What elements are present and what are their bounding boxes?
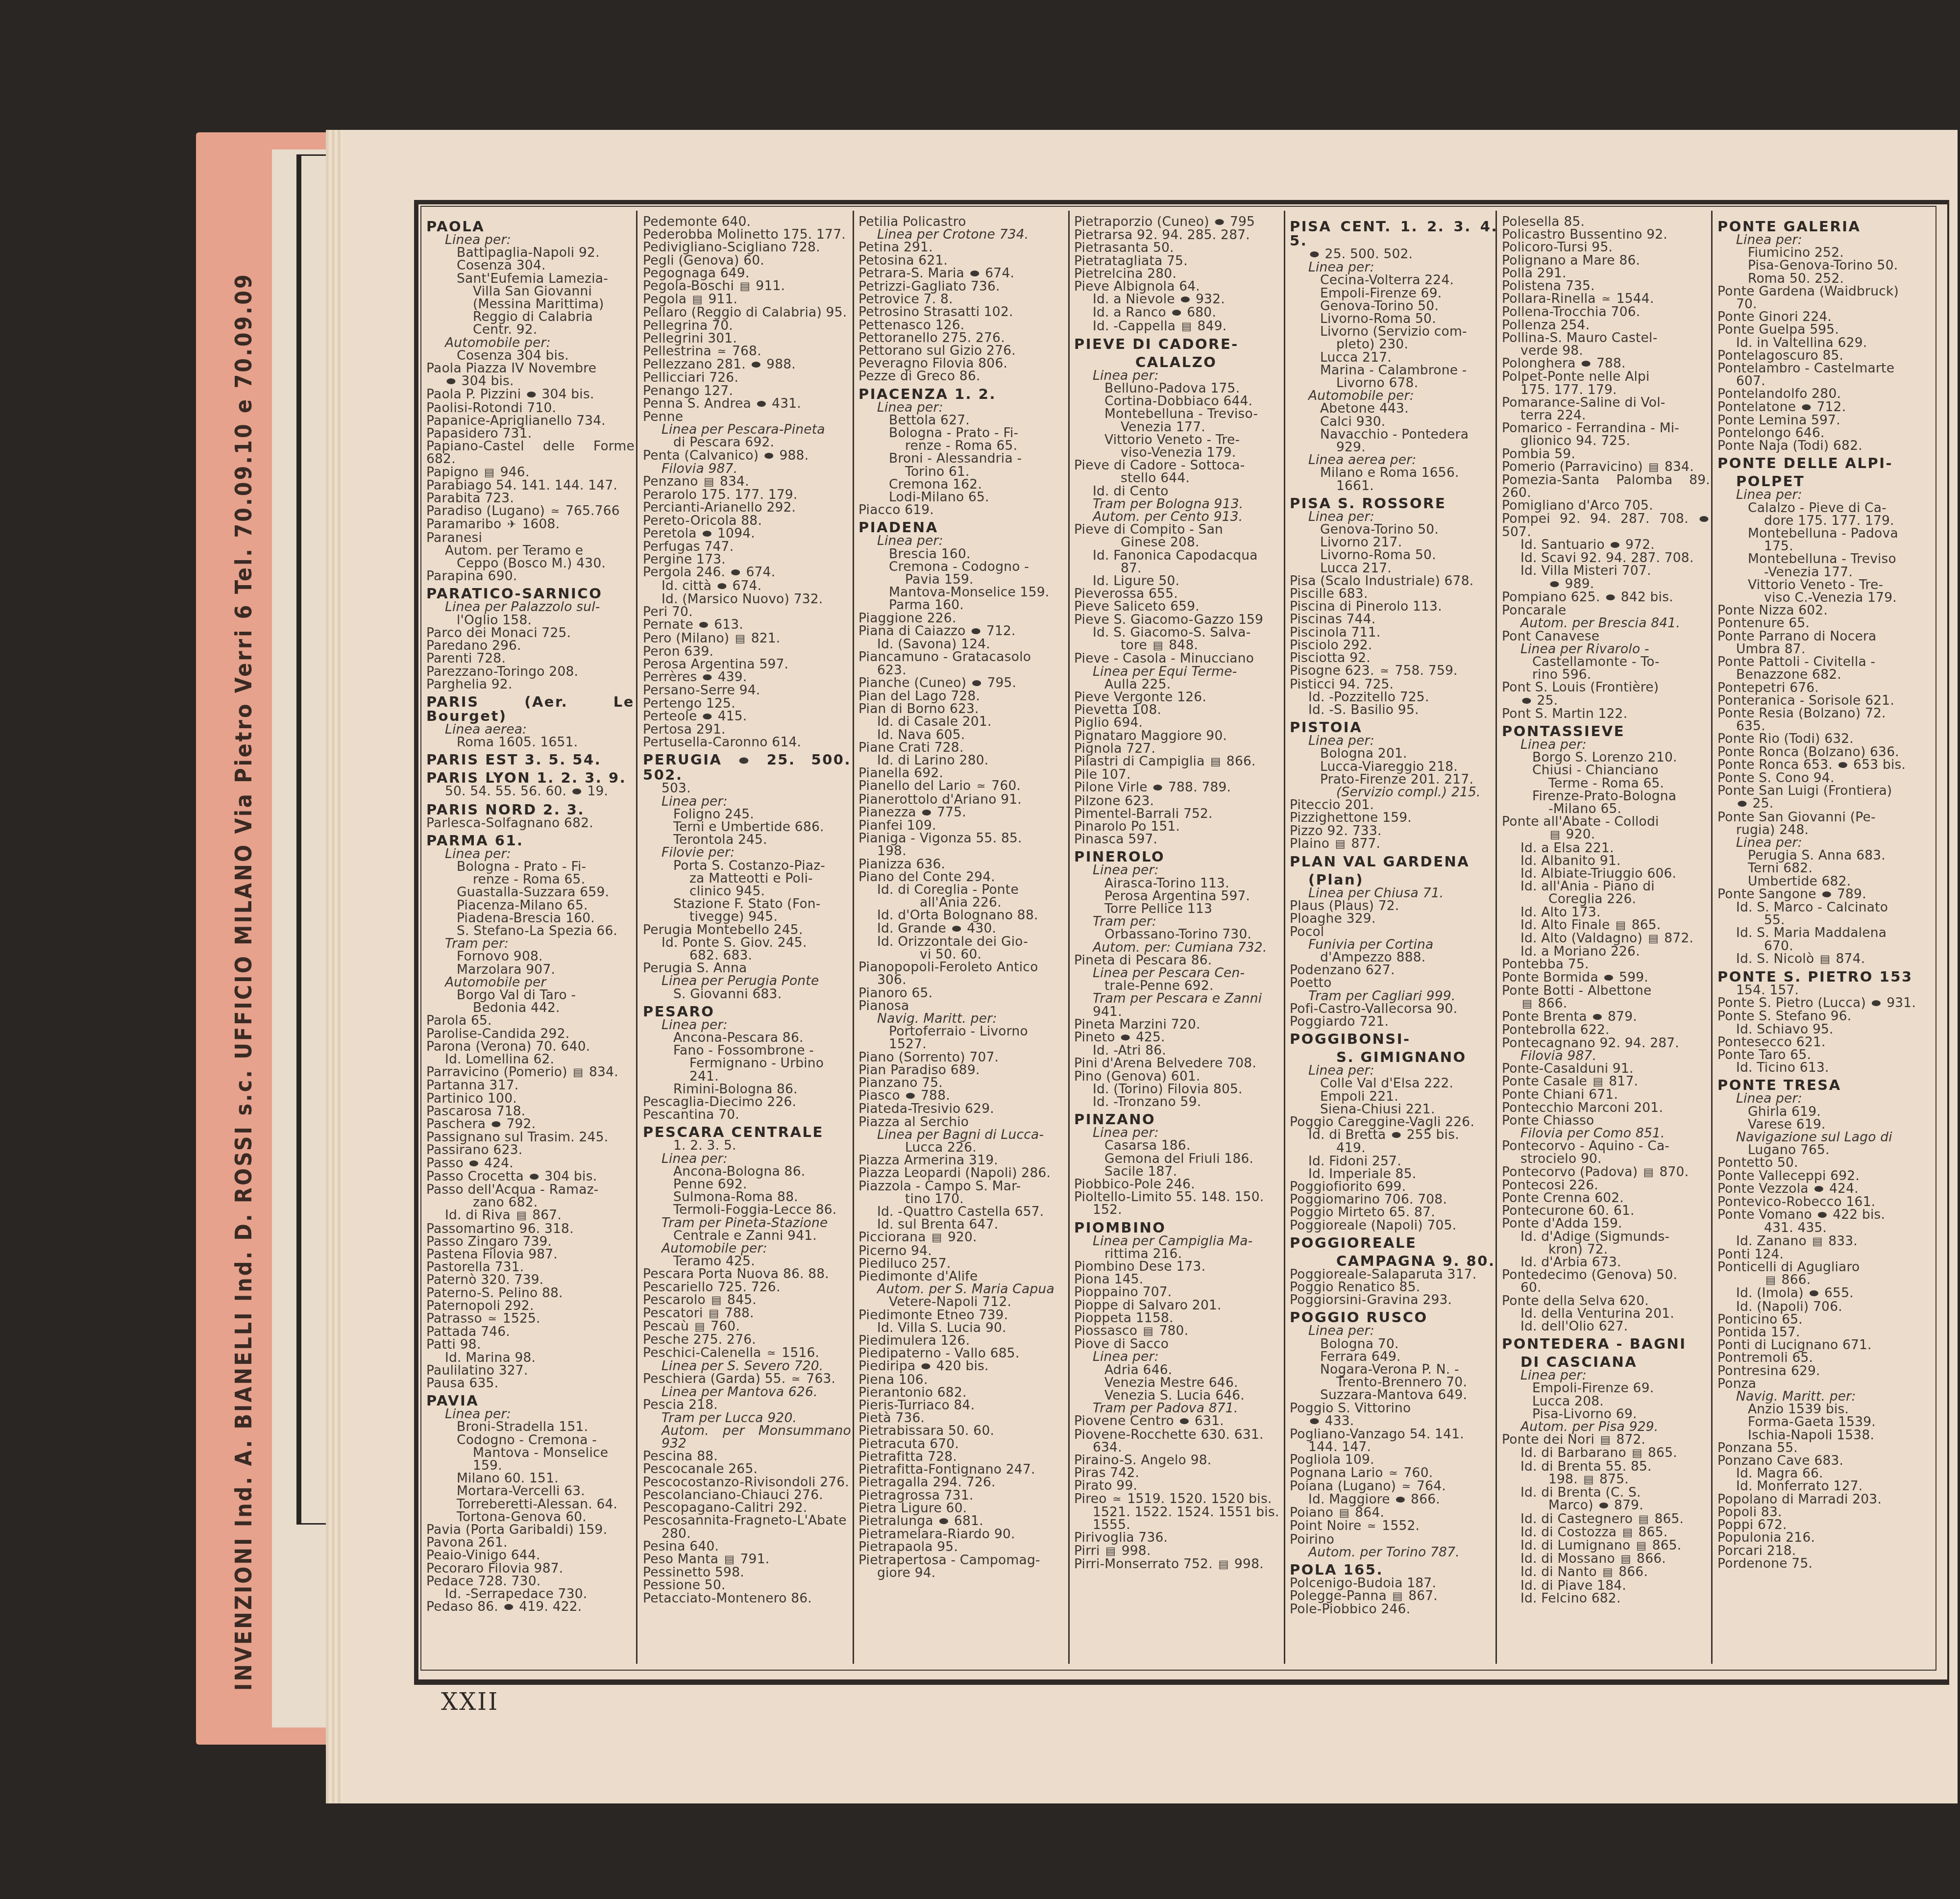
index-entry: Patrasso ≃ 1525.	[426, 1312, 635, 1326]
index-entry: Milano e Roma 1656.	[1290, 467, 1498, 479]
index-entry: Ponte Valleceppi 692.	[1717, 1170, 1926, 1183]
index-entry: 431. 435.	[1717, 1222, 1926, 1234]
index-entry: Prato-Firenze 201. 217.	[1290, 773, 1498, 786]
ship-icon: ≃	[1112, 1493, 1122, 1506]
tram-icon: ▤	[1813, 1235, 1823, 1248]
index-entry: Paradiso (Lugano) ≃ 765.766	[426, 505, 635, 518]
index-entry: Id. di Casale 201.	[858, 715, 1067, 728]
index-entry: Ploaghe 329.	[1290, 913, 1498, 925]
bus-icon: ⬬	[717, 580, 727, 593]
index-entry: Venezia 177.	[1074, 421, 1282, 434]
index-entry: Petina 291.	[858, 241, 1067, 254]
index-entry: Ponte Chiani 671.	[1502, 1088, 1710, 1101]
index-entry: Airasca-Torino 113.	[1074, 877, 1282, 890]
index-entry: Pianerottolo d'Ariano 91.	[858, 793, 1067, 806]
index-entry: Poetto	[1290, 977, 1498, 989]
index-heading: CAMPAGNA 9. 80.	[1290, 1254, 1498, 1268]
index-entry: Pescocanale 265.	[643, 1463, 851, 1476]
index-entry: ⬬ 433.	[1290, 1415, 1498, 1428]
tram-icon: ▤	[1820, 953, 1830, 966]
index-entry: Pilzone 623.	[1074, 795, 1282, 808]
index-column-3: Petilia PolicastroLinea per Crotone 734.…	[858, 216, 1067, 1579]
index-sublabel: Tram per Cagliari 999.	[1290, 990, 1498, 1003]
index-entry: Piovene-Rocchette 630. 631.	[1074, 1429, 1282, 1441]
index-entry: Pont S. Louis (Frontière)	[1502, 681, 1710, 694]
bus-icon: ⬬	[757, 398, 766, 411]
index-sublabel: Linea per:	[858, 401, 1067, 414]
index-sublabel: Filovie per:	[643, 846, 851, 859]
index-entry: Point Noire ≃ 1552.	[1290, 1520, 1498, 1533]
index-entry: Id. Schiavo 95.	[1717, 1023, 1926, 1036]
index-entry: tore ▤ 848.	[1074, 639, 1282, 652]
index-entry: Poggio S. Vittorino	[1290, 1402, 1498, 1415]
index-entry: Piaggione 226.	[858, 612, 1067, 625]
bus-icon: ⬬	[1606, 592, 1615, 604]
index-entry: Polonghera ⬬ 788.	[1502, 357, 1710, 370]
index-entry: Coreglia 226.	[1502, 893, 1710, 906]
bus-icon: ⬬	[1604, 972, 1613, 985]
index-entry: Id. di Costozza ▤ 865.	[1502, 1526, 1710, 1539]
index-entry: Pietrapaola 95.	[858, 1541, 1067, 1554]
index-entry: Porcari 218.	[1717, 1545, 1926, 1557]
index-entry: Peron 639.	[643, 645, 851, 658]
index-entry: Pessione 50.	[643, 1579, 851, 1592]
bus-icon: ⬬	[504, 1601, 514, 1614]
index-column-4: Pietraporzio (Cuneo) ⬬ 795Pietrarsa 92. …	[1074, 216, 1282, 1571]
index-sublabel: Linea per:	[1290, 1325, 1498, 1337]
index-entry: Paolisi-Rotondi 710.	[426, 402, 635, 415]
ship-icon: ≃	[1389, 1467, 1398, 1480]
index-entry: Pognana Lario ≃ 760.	[1290, 1467, 1498, 1480]
index-entry: Pietrapertosa - Campomag-	[858, 1554, 1067, 1567]
column-divider	[1711, 211, 1713, 1664]
column-divider	[1284, 211, 1285, 1664]
index-heading: PONTE S. PIETRO 153	[1717, 970, 1926, 984]
index-sublabel: Linea per:	[1717, 1092, 1926, 1105]
index-heading: (Plan)	[1290, 873, 1498, 887]
index-entry: Piana di Caiazzo ⬬ 712.	[858, 625, 1067, 638]
index-entry: Pellezzano 281. ⬬ 988.	[643, 358, 851, 371]
index-entry: Pirivoglia 736.	[1074, 1531, 1282, 1544]
index-entry: Ponteranica - Sorisole 621.	[1717, 694, 1926, 707]
index-entry: 198. ▤ 875.	[1502, 1473, 1710, 1486]
index-entry: Pergola 246. ⬬ 674.	[643, 566, 851, 579]
index-entry: tivegge) 945.	[643, 911, 851, 923]
index-entry: Id. di Lumignano ▤ 865.	[1502, 1539, 1710, 1553]
index-entry: Broni - Alessandria -	[858, 452, 1067, 465]
index-entry: Id. di Castegnero ▤ 865.	[1502, 1513, 1710, 1526]
index-entry: Parezzano-Toringo 208.	[426, 666, 635, 678]
index-entry: Pecoraro Filovia 987.	[426, 1562, 635, 1575]
index-entry: Pescara Porta Nuova 86. 88.	[643, 1268, 851, 1281]
index-entry: Lucca-Viareggio 218.	[1290, 761, 1498, 773]
index-entry: ▤ 920.	[1502, 828, 1710, 841]
tram-icon: ▤	[1622, 1527, 1633, 1539]
index-entry: Torino 61.	[858, 466, 1067, 478]
index-entry: Ponte Guelpa 595.	[1717, 323, 1926, 336]
index-entry: Pisa-Genova-Torino 50.	[1717, 259, 1926, 272]
index-entry: Cosenza 304.	[426, 259, 635, 272]
index-column-2: Pedemonte 640.Pederobba Molinetto 175. 1…	[643, 216, 851, 1605]
index-entry: stello 644.	[1074, 472, 1282, 485]
index-entry: Navacchio - Pontedera	[1290, 428, 1498, 441]
index-entry: Pilastri di Campiglia ▤ 866.	[1074, 755, 1282, 768]
index-entry: Empoli-Firenze 69.	[1502, 1382, 1710, 1395]
index-entry: Calci 930.	[1290, 416, 1498, 428]
index-entry: 306.	[858, 974, 1067, 986]
index-entry: Mortara-Vercelli 63.	[426, 1485, 635, 1498]
index-entry: Ponte Bormida ⬬ 599.	[1502, 971, 1710, 985]
bus-icon: ⬬	[1396, 1494, 1405, 1506]
index-entry: 50. 54. 55. 56. 60. ⬬ 19.	[426, 785, 635, 798]
index-entry: Pontebrolla 622.	[1502, 1024, 1710, 1036]
index-entry: Penna S. Andrea ⬬ 431.	[643, 397, 851, 411]
index-entry: Pezze di Greco 86.	[858, 370, 1067, 383]
index-entry: Fornovo 908.	[426, 950, 635, 963]
index-heading: PINZANO	[1074, 1112, 1282, 1127]
index-entry: Pizzo 92. 733.	[1290, 825, 1498, 838]
index-entry: 623.	[858, 664, 1067, 677]
index-entry: 1. 2. 3. 5.	[643, 1139, 851, 1152]
index-entry: Calalzo - Pieve di Ca-	[1717, 502, 1926, 515]
index-heading: PIACENZA 1. 2.	[858, 387, 1067, 401]
index-entry: Pesina 640.	[643, 1540, 851, 1553]
tram-icon: ▤	[735, 633, 745, 645]
index-entry: Pirri-Monserrato 752. ▤ 998.	[1074, 1558, 1282, 1571]
index-entry: Popolano di Marradi 203.	[1717, 1493, 1926, 1506]
index-entry: Pescantina 70.	[643, 1109, 851, 1121]
index-entry: Patti 98.	[426, 1338, 635, 1351]
index-entry: Poiano ▤ 864.	[1290, 1506, 1498, 1520]
index-entry: Piazzola - Campo S. Mar-	[858, 1180, 1067, 1193]
column-divider	[853, 211, 854, 1664]
index-entry: Ponte Ronca 653. ⬬ 653 bis.	[1717, 759, 1926, 772]
index-entry: Ponte Sangone ⬬ 789.	[1717, 888, 1926, 901]
index-entry: Id. di Bretta ⬬ 255 bis.	[1290, 1129, 1498, 1142]
index-entry: Codogno - Cremona -	[426, 1434, 635, 1447]
index-entry: Petacciato-Montenero 86.	[643, 1592, 851, 1605]
index-entry: Petosina 621.	[858, 254, 1067, 267]
index-entry: Pilone Virle ⬬ 788. 789.	[1074, 781, 1282, 794]
index-entry: Terme - Roma 65.	[1502, 777, 1710, 790]
index-entry: Picerno 94.	[858, 1245, 1067, 1258]
tram-icon: ▤	[740, 280, 750, 293]
index-entry: Pontelandolfo 280.	[1717, 388, 1926, 400]
index-heading: PARIS LYON 1. 2. 3. 9.	[426, 771, 635, 785]
index-heading: PAVIA	[426, 1394, 635, 1408]
index-entry: Id. di Brenta 55. 85.	[1502, 1460, 1710, 1473]
index-entry: Piasco ⬬ 788.	[858, 1089, 1067, 1103]
index-entry: Pellaro (Reggio di Calabria) 95.	[643, 306, 851, 319]
index-entry: Pordenone 75.	[1717, 1557, 1926, 1570]
index-entry: Parma 160.	[858, 599, 1067, 612]
index-entry: Pisogne 623. ≃ 758. 759.	[1290, 665, 1498, 678]
bus-icon: ⬬	[527, 389, 536, 401]
index-entry: Id. in Valtellina 629.	[1717, 337, 1926, 349]
index-sublabel: Automobile per:	[426, 337, 635, 349]
index-entry: Pescarolo ▤ 845.	[643, 1294, 851, 1307]
tram-icon: ▤	[1181, 321, 1192, 333]
index-entry: Pausa 635.	[426, 1377, 635, 1390]
index-entry: Id. Zanano ▤ 833.	[1717, 1235, 1926, 1248]
index-entry: Paramaribo ✈ 1608.	[426, 518, 635, 531]
index-entry: Piadena-Brescia 160.	[426, 912, 635, 925]
index-sublabel: Autom. per Brescia 841.	[1502, 617, 1710, 630]
index-entry: Ponte Botti - Albettone	[1502, 985, 1710, 997]
index-entry: Pianello del Lario ≃ 760.	[858, 780, 1067, 793]
index-entry: Ponte S. Pietro (Lucca) ⬬ 931.	[1717, 997, 1926, 1010]
index-entry: Pole-Piobbico 246.	[1290, 1603, 1498, 1616]
index-entry: Empoli-Firenze 69.	[1290, 287, 1498, 300]
index-entry: Montebelluna - Treviso	[1717, 553, 1926, 566]
column-divider	[636, 211, 637, 1664]
index-entry: Pontebba 75.	[1502, 958, 1710, 971]
index-entry: -Venezia 177.	[1717, 566, 1926, 579]
index-entry: Polpet-Ponte nelle Alpi	[1502, 370, 1710, 383]
index-heading: PARMA 61.	[426, 834, 635, 848]
index-entry: Pompiano 625. ⬬ 842 bis.	[1502, 591, 1710, 604]
index-entry: pleto) 230.	[1290, 338, 1498, 351]
index-entry: Id. di Barbarano ▤ 865.	[1502, 1447, 1710, 1460]
index-entry: Pocol	[1290, 926, 1498, 938]
index-heading: PONTEDERA - BAGNI	[1502, 1337, 1710, 1351]
index-entry: Perrères ⬬ 439.	[643, 671, 851, 684]
index-entry: Pollara-Rinella ≃ 1544.	[1502, 293, 1710, 306]
index-sublabel: Linea per:	[858, 535, 1067, 547]
index-entry: Adria 646.	[1074, 1364, 1282, 1377]
index-entry: Id. di Nanto ▤ 866.	[1502, 1566, 1710, 1579]
index-entry: Paranesi	[426, 532, 635, 544]
index-entry: Parapina 690.	[426, 570, 635, 583]
index-entry: Id. Marina 98.	[426, 1352, 635, 1364]
index-entry: Picciorana ▤ 920.	[858, 1231, 1067, 1244]
tram-icon: ▤	[1603, 1566, 1613, 1579]
index-entry: Piossasco ▤ 780.	[1074, 1325, 1282, 1338]
index-column-1: PAOLALinea per:Battipaglia-Napoli 92.Cos…	[426, 216, 635, 1614]
index-entry: Broni-Stradella 151.	[426, 1421, 635, 1433]
index-entry: Pontelatone ⬬ 712.	[1717, 401, 1926, 414]
index-entry: Pollena-Trocchia 706.	[1502, 306, 1710, 319]
index-column-5: PISA CENT. 1. 2. 3. 4. 5.⬬ 25. 500. 502.…	[1290, 216, 1498, 1616]
index-entry: Poggiardo 721.	[1290, 1015, 1498, 1028]
index-entry: Id. Alto (Valdagno) ▤ 872.	[1502, 932, 1710, 945]
index-entry: Id. d'Orta Bolognano 88.	[858, 909, 1067, 922]
index-entry: Parola 65.	[426, 1014, 635, 1027]
index-entry: Polegge-Panna ▤ 867.	[1290, 1590, 1498, 1603]
index-entry: Pietratagliata 75.	[1074, 255, 1282, 268]
index-entry: Id. Ticino 613.	[1717, 1061, 1926, 1074]
index-entry: Pianizza 636.	[858, 858, 1067, 871]
index-entry: 280.	[643, 1528, 851, 1540]
bus-icon: ⬬	[469, 1158, 478, 1170]
index-entry: strocielo 90.	[1502, 1153, 1710, 1165]
index-entry: Fermignano - Urbino	[643, 1057, 851, 1070]
background-shadow	[326, 1803, 1960, 1899]
index-entry: Ghirla 619.	[1717, 1106, 1926, 1118]
index-heading: PESCARA CENTRALE	[643, 1125, 851, 1139]
index-entry: Peschici-Calenella ≃ 1516.	[643, 1347, 851, 1360]
tram-icon: ▤	[931, 1232, 942, 1244]
index-heading: PARIS NORD 2. 3.	[426, 803, 635, 817]
index-sublabel: Linea per:	[1717, 489, 1926, 501]
index-entry: Ponte Parrano di Nocera	[1717, 630, 1926, 643]
bus-icon: ⬬	[1599, 1500, 1608, 1512]
index-entry: Pontenure 65.	[1717, 617, 1926, 630]
index-entry: ⬬ 25. 500. 502.	[1290, 248, 1498, 261]
index-entry: Id. Santuario ⬬ 972.	[1502, 539, 1710, 552]
index-entry: Orbassano-Torino 730.	[1074, 928, 1282, 941]
bus-icon: ⬬	[1872, 997, 1881, 1010]
index-sublabel: Linea per:	[643, 1153, 851, 1165]
index-sublabel: Linea per:	[1074, 1351, 1282, 1363]
index-sublabel: Tram per Pineta-Stazione	[643, 1217, 851, 1230]
index-entry: Brescia 160.	[858, 548, 1067, 561]
index-entry: Pieve Saliceto 659.	[1074, 600, 1282, 613]
index-entry: 1661.	[1290, 480, 1498, 493]
index-entry: Id. città ⬬ 674.	[643, 580, 851, 593]
index-entry: Pisticci 94. 725.	[1290, 678, 1498, 691]
bus-icon: ⬬	[1699, 513, 1709, 526]
index-entry: Pero (Milano) ▤ 821.	[643, 632, 851, 645]
index-entry: Pernate ⬬ 613.	[643, 618, 851, 632]
tram-icon: ▤	[1639, 1513, 1649, 1526]
plane-icon: ✈	[507, 518, 516, 531]
index-heading: PARIS (Aer. Le Bourget)	[426, 695, 635, 723]
index-heading: POLA 165.	[1290, 1563, 1498, 1577]
index-entry: Id. di Riva ▤ 867.	[426, 1209, 635, 1222]
index-entry: Id. di Piave 184.	[1502, 1579, 1710, 1592]
bus-icon: ⬬	[731, 567, 740, 579]
index-entry: Id. S. Nicolò ▤ 874.	[1717, 953, 1926, 966]
index-heading: PIOMBINO	[1074, 1221, 1282, 1235]
index-entry: Pont Canavese	[1502, 630, 1710, 643]
index-sublabel: Linea per Palazzolo sul-	[426, 601, 635, 614]
index-entry: Pietrasanta 50.	[1074, 242, 1282, 254]
index-entry: Bologna 70.	[1290, 1338, 1498, 1351]
index-entry: glionico 94. 725.	[1502, 435, 1710, 447]
index-sublabel: Linea per Equi Terme-	[1074, 666, 1282, 678]
index-entry: Id. Nava 605.	[858, 729, 1067, 741]
tram-icon: ▤	[1218, 1558, 1228, 1571]
index-heading: PONTE DELLE ALPI-	[1717, 456, 1926, 470]
tram-icon: ▤	[1550, 829, 1560, 841]
index-entry: Mantova - Monselice	[426, 1447, 635, 1459]
index-entry: Passomartino 96. 318.	[426, 1223, 635, 1235]
index-entry: Parolise-Candida 292.	[426, 1028, 635, 1040]
ship-icon: ≃	[767, 1347, 776, 1360]
index-entry: Pegola ▤ 911.	[643, 293, 851, 306]
index-entry: Suzzara-Mantova 649.	[1290, 1389, 1498, 1402]
index-entry: Ponte d'Adda 159.	[1502, 1217, 1710, 1230]
tram-icon: ▤	[1105, 1545, 1116, 1558]
index-entry: Poiana (Lugano) ≃ 764.	[1290, 1480, 1498, 1493]
index-entry: Piateda-Tresivio 629.	[858, 1103, 1067, 1115]
index-heading: PARATICO-SARNICO	[426, 587, 635, 601]
index-sublabel: Autom. per: Cumiana 732.	[1074, 941, 1282, 954]
index-entry: Policoro-Tursi 95.	[1502, 241, 1710, 254]
index-entry: Poggioreale (Napoli) 705.	[1290, 1219, 1498, 1232]
index-sublabel: Linea per Perugia Ponte	[643, 975, 851, 987]
index-entry: Ponte Naja (Todi) 682.	[1717, 440, 1926, 452]
index-entry: 241.	[643, 1070, 851, 1083]
index-entry: Id. S. Marco - Calcinato	[1717, 901, 1926, 914]
index-entry: Populonia 216.	[1717, 1531, 1926, 1544]
index-entry: Pieve - Casola - Minucciano	[1074, 652, 1282, 665]
index-entry: Passirano 623.	[426, 1144, 635, 1157]
index-entry: Id. -Tronzano 59.	[1074, 1096, 1282, 1109]
index-entry: Ponte Rio (Todi) 632.	[1717, 733, 1926, 745]
spine-label: INVENZIONI Ind. A. BIANELLI Ind. D. ROSS…	[230, 272, 257, 1691]
index-entry: Persano-Serre 94.	[643, 684, 851, 697]
index-entry: Id. a Nievole ⬬ 932.	[1074, 293, 1282, 306]
index-entry: 670.	[1717, 940, 1926, 953]
bus-icon: ⬬	[572, 786, 582, 798]
index-entry: Id. Alto 173.	[1502, 906, 1710, 919]
index-entry: Ponte all'Abate - Collodi	[1502, 815, 1710, 828]
index-entry: Forma-Gaeta 1539.	[1717, 1416, 1926, 1429]
index-entry: Id. (Napoli) 706.	[1717, 1301, 1926, 1313]
index-entry: Pescaù ▤ 760.	[643, 1320, 851, 1333]
index-entry: Id. di Brenta (C. S.	[1502, 1486, 1710, 1499]
index-entry: Termoli-Foggia-Lecce 86.	[643, 1204, 851, 1216]
index-heading: PIADENA	[858, 520, 1067, 535]
index-entry: Bologna 201.	[1290, 747, 1498, 760]
ship-icon: ≃	[1380, 665, 1389, 678]
index-entry: Pietra Ligure 60.	[858, 1502, 1067, 1515]
index-heading: PONTE TRESA	[1717, 1078, 1926, 1092]
bus-icon: ⬬	[764, 450, 774, 463]
index-entry: Pollenza 254.	[1502, 319, 1710, 332]
index-entry: 60.	[1502, 1282, 1710, 1294]
index-entry: Pescariello 725. 726.	[643, 1281, 851, 1294]
index-entry: Id. Fidoni 257.	[1290, 1155, 1498, 1168]
index-entry: Passo ⬬ 424.	[426, 1157, 635, 1170]
index-entry: Pieve S. Giacomo-Gazzo 159	[1074, 614, 1282, 626]
index-entry: Abetone 443.	[1290, 402, 1498, 415]
index-entry: Id. di Mossano ▤ 866.	[1502, 1553, 1710, 1566]
index-entry: Pianche (Cuneo) ⬬ 795.	[858, 677, 1067, 690]
index-entry: Piacenza-Milano 65.	[426, 899, 635, 912]
index-entry: Parghelia 92.	[426, 678, 635, 691]
index-entry: Pegola-Boschi ▤ 911.	[643, 280, 851, 293]
index-entry: Pietraporzio (Cuneo) ⬬ 795	[1074, 216, 1282, 229]
index-entry: Chiusi - Chianciano	[1502, 764, 1710, 777]
index-entry: Livorno-Roma 50.	[1290, 549, 1498, 562]
index-entry: Pireo ≃ 1519. 1520. 1520 bis.	[1074, 1493, 1282, 1506]
index-entry: Id. -Pozzitello 725.	[1290, 691, 1498, 704]
index-entry: Papiano-Castel delle Forme 682.	[426, 440, 635, 466]
bus-icon: ⬬	[1392, 1129, 1401, 1142]
index-entry: Perteole ⬬ 415.	[643, 710, 851, 723]
index-entry: Paterno-S. Pelino 88.	[426, 1287, 635, 1300]
index-heading: PIEVE DI CADORE-	[1074, 337, 1282, 351]
index-entry: Pompei 92. 94. 287. 708. ⬬ 507.	[1502, 513, 1710, 539]
index-entry: Sant'Eufemia Lamezia-	[426, 272, 635, 285]
index-entry: Peso Manta ▤ 791.	[643, 1553, 851, 1566]
index-entry: Id. (Imola) ⬬ 655.	[1717, 1287, 1926, 1300]
index-entry: Id. di Cento	[1074, 485, 1282, 498]
index-entry: Pesche 275. 276.	[643, 1333, 851, 1346]
index-entry: Plaino ▤ 877.	[1290, 838, 1498, 851]
index-entry: Partanna 317.	[426, 1079, 635, 1092]
index-entry: Roma 1605. 1651.	[426, 736, 635, 749]
index-entry: Colle Val d'Elsa 222.	[1290, 1077, 1498, 1090]
index-heading: PISA CENT. 1. 2. 3. 4. 5.	[1290, 220, 1498, 248]
index-entry: Guastalla-Suzzara 659.	[426, 886, 635, 899]
index-entry: Lucca 217.	[1290, 351, 1498, 364]
index-entry: Aulla 225.	[1074, 678, 1282, 691]
index-entry: Piazza al Serchio	[858, 1116, 1067, 1129]
